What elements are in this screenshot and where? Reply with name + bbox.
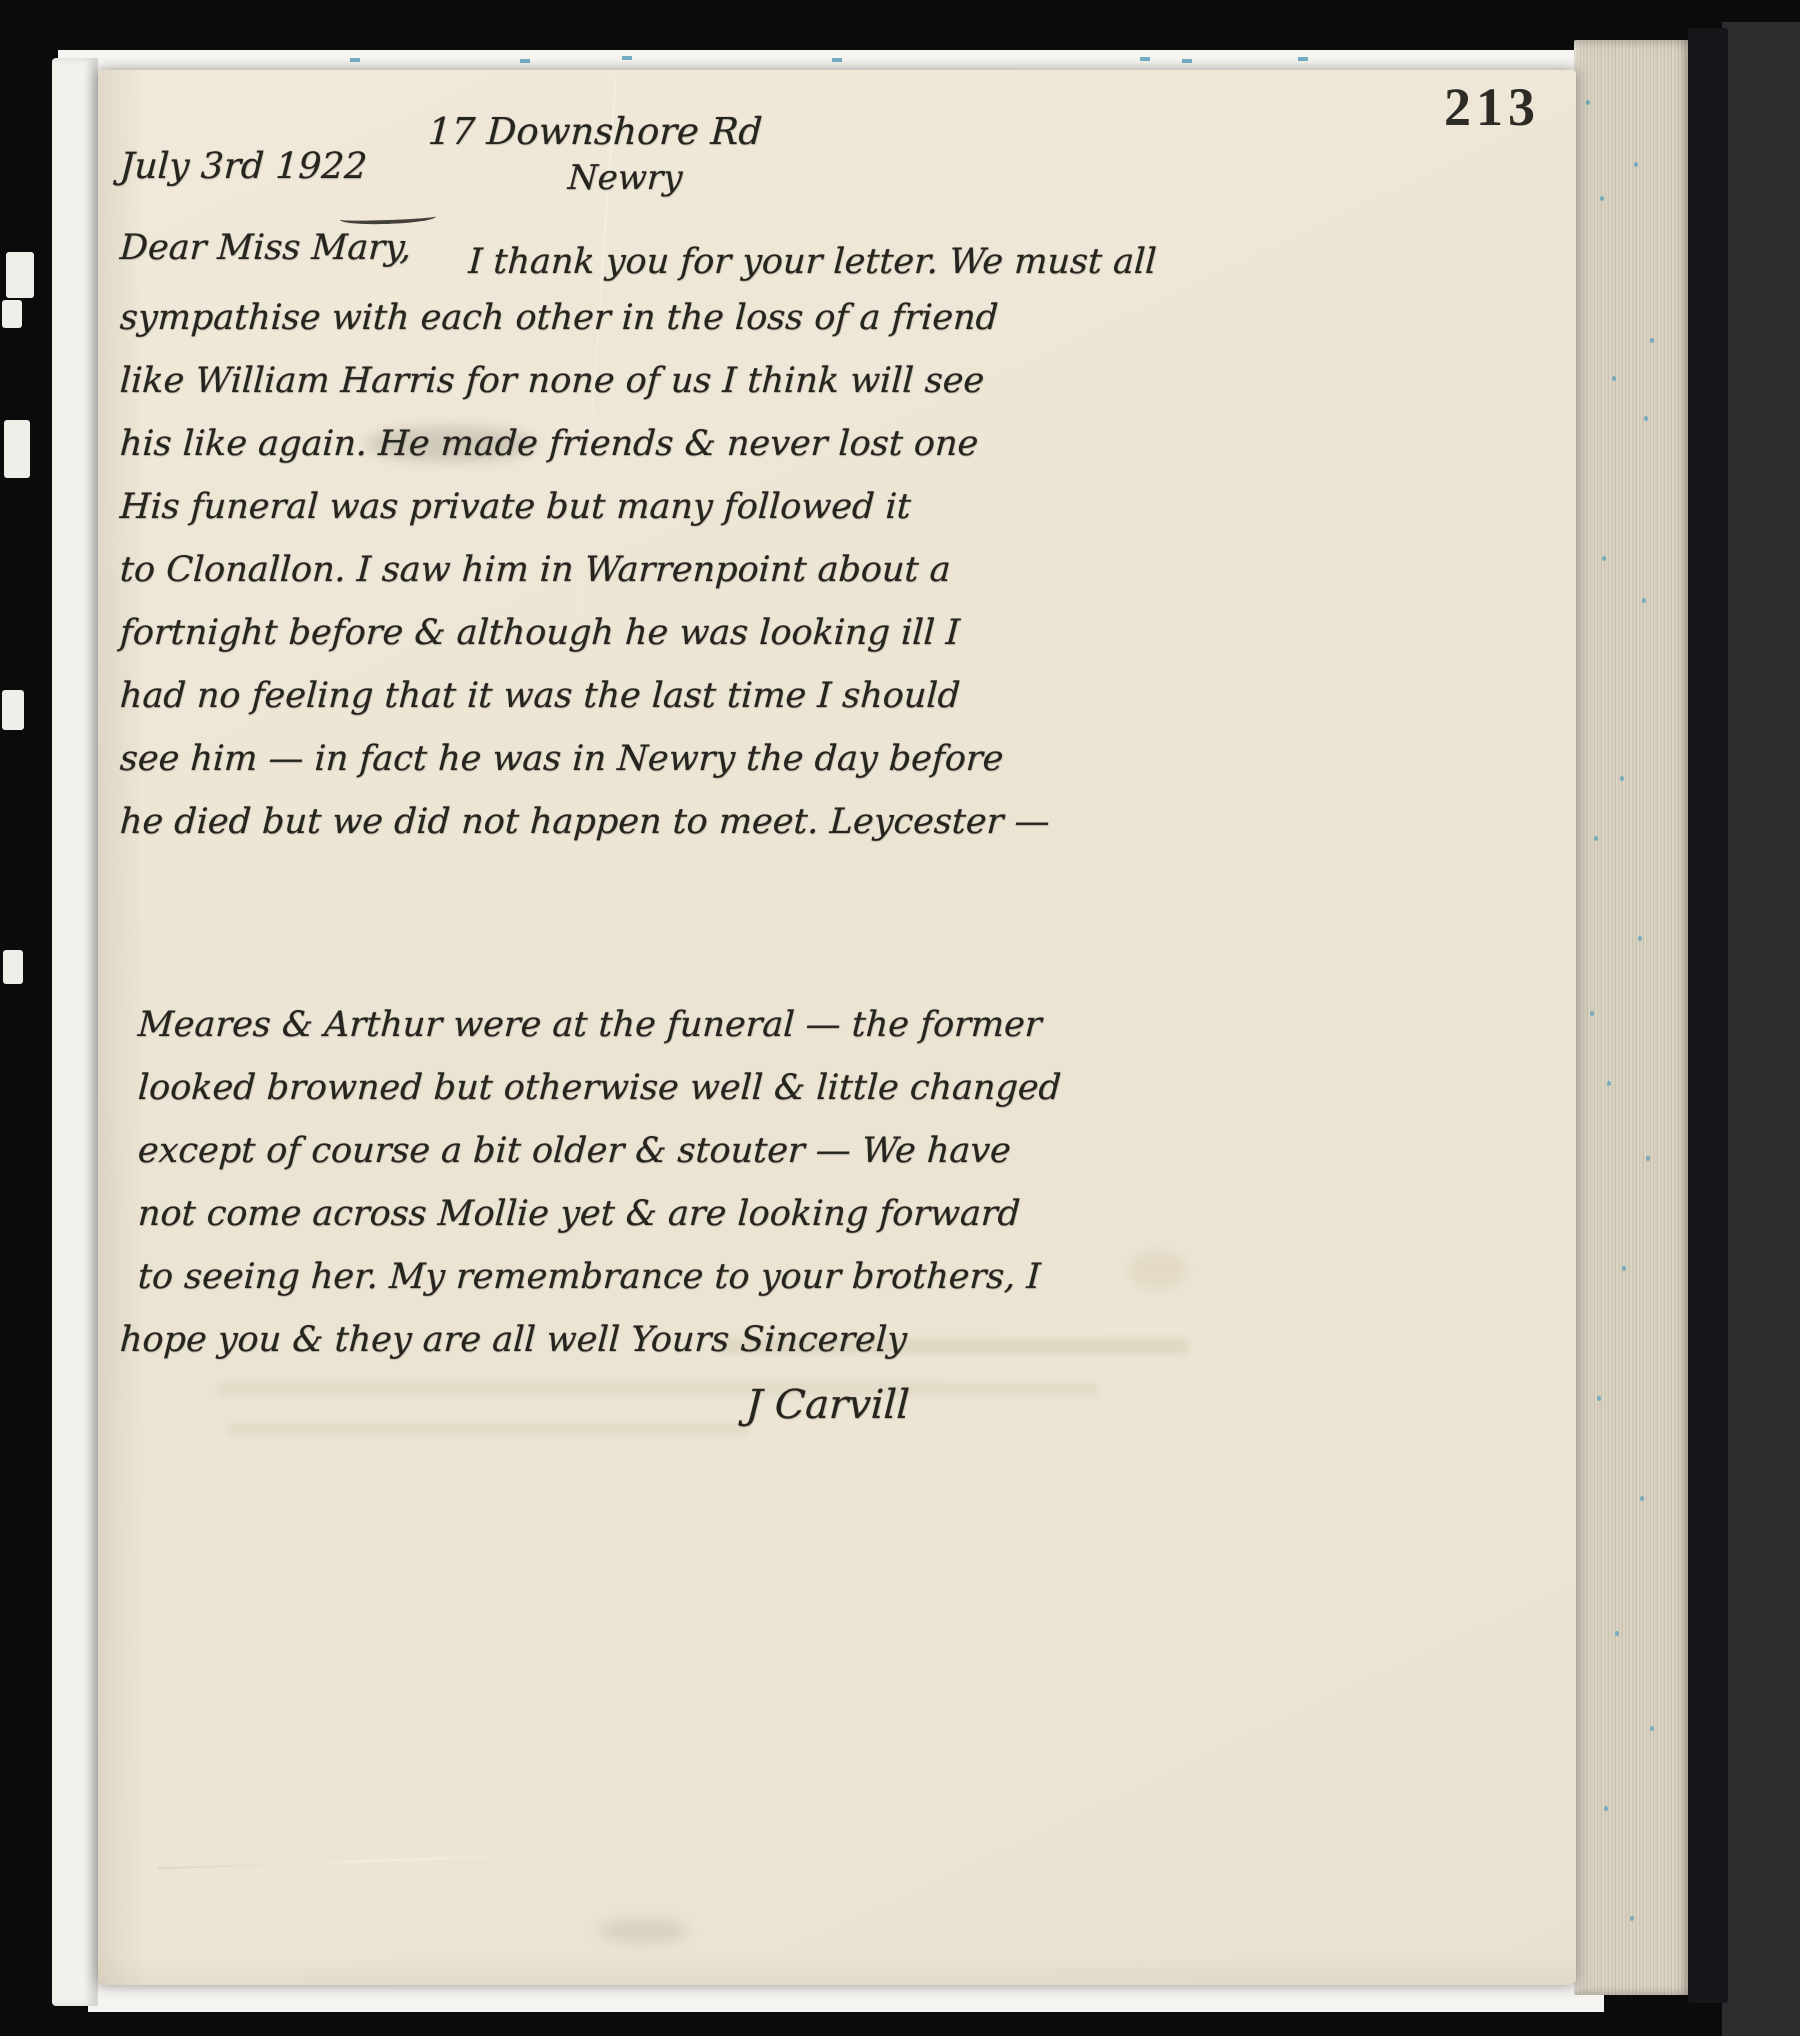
paper-fragment [6, 252, 34, 298]
signature: J Carvill [745, 1382, 911, 1428]
blue-edge-marks [350, 58, 360, 62]
blue-speckles [1586, 100, 1590, 105]
body-line: he died but we did not happen to meet. L… [119, 802, 1051, 842]
opening-line: I thank you for your letter. We must all [467, 242, 1157, 282]
paper-fragment [2, 690, 24, 730]
salutation-line: Dear Miss Mary,I thank you for your lett… [119, 228, 1158, 268]
letter-date: July 3rd 1922 [119, 146, 368, 187]
scanned-letter-book-photo: 213 17 Downshore Rd Newry July 3rd 1922 … [0, 0, 1800, 2036]
body-line: except of course a bit older & stouter —… [137, 1131, 1012, 1171]
paper-fragment [3, 950, 23, 984]
address-line-2: Newry [567, 158, 684, 198]
scan-background-right [1722, 22, 1800, 2036]
salutation: Dear Miss Mary, [119, 228, 412, 268]
date-underline-flourish [340, 210, 436, 225]
facing-page-edge [52, 58, 98, 2006]
body-line: like William Harris for none of us I thi… [119, 361, 985, 401]
address-line-1: 17 Downshore Rd [427, 110, 764, 153]
page-number: 213 [1444, 76, 1540, 138]
stain [1128, 1250, 1188, 1290]
body-line: sympathise with each other in the loss o… [119, 298, 999, 338]
body-line: to seeing her. My remembrance to your br… [137, 1257, 1041, 1297]
body-line: fortnight before & although he was looki… [119, 613, 961, 653]
body-line: his like again. He made friends & never … [119, 424, 979, 464]
body-line: hope you & they are all well Yours Since… [119, 1320, 908, 1360]
book-cover [1688, 28, 1728, 2003]
body-line: had no feeling that it was the last time… [119, 676, 961, 716]
ink-show-through [218, 1382, 1098, 1396]
stain [598, 1918, 688, 1944]
body-line: looked browned but otherwise well & litt… [137, 1068, 1062, 1108]
book-page-edges [1574, 40, 1692, 1995]
paper-crease [158, 1853, 578, 1870]
body-line: see him — in fact he was in Newry the da… [119, 739, 1005, 779]
body-line: not come across Mollie yet & are looking… [137, 1194, 1021, 1234]
mount-page-bottom-edge [88, 1984, 1604, 2012]
body-line: His funeral was private but many followe… [119, 487, 912, 527]
ink-show-through [228, 1422, 748, 1435]
body-line: to Clonallon. I saw him in Warrenpoint a… [119, 550, 952, 590]
paper-fragment [4, 420, 30, 478]
paper-fragment [2, 300, 22, 328]
letter-page: 213 17 Downshore Rd Newry July 3rd 1922 … [98, 70, 1576, 1985]
body-line: Meares & Arthur were at the funeral — th… [137, 1005, 1043, 1045]
